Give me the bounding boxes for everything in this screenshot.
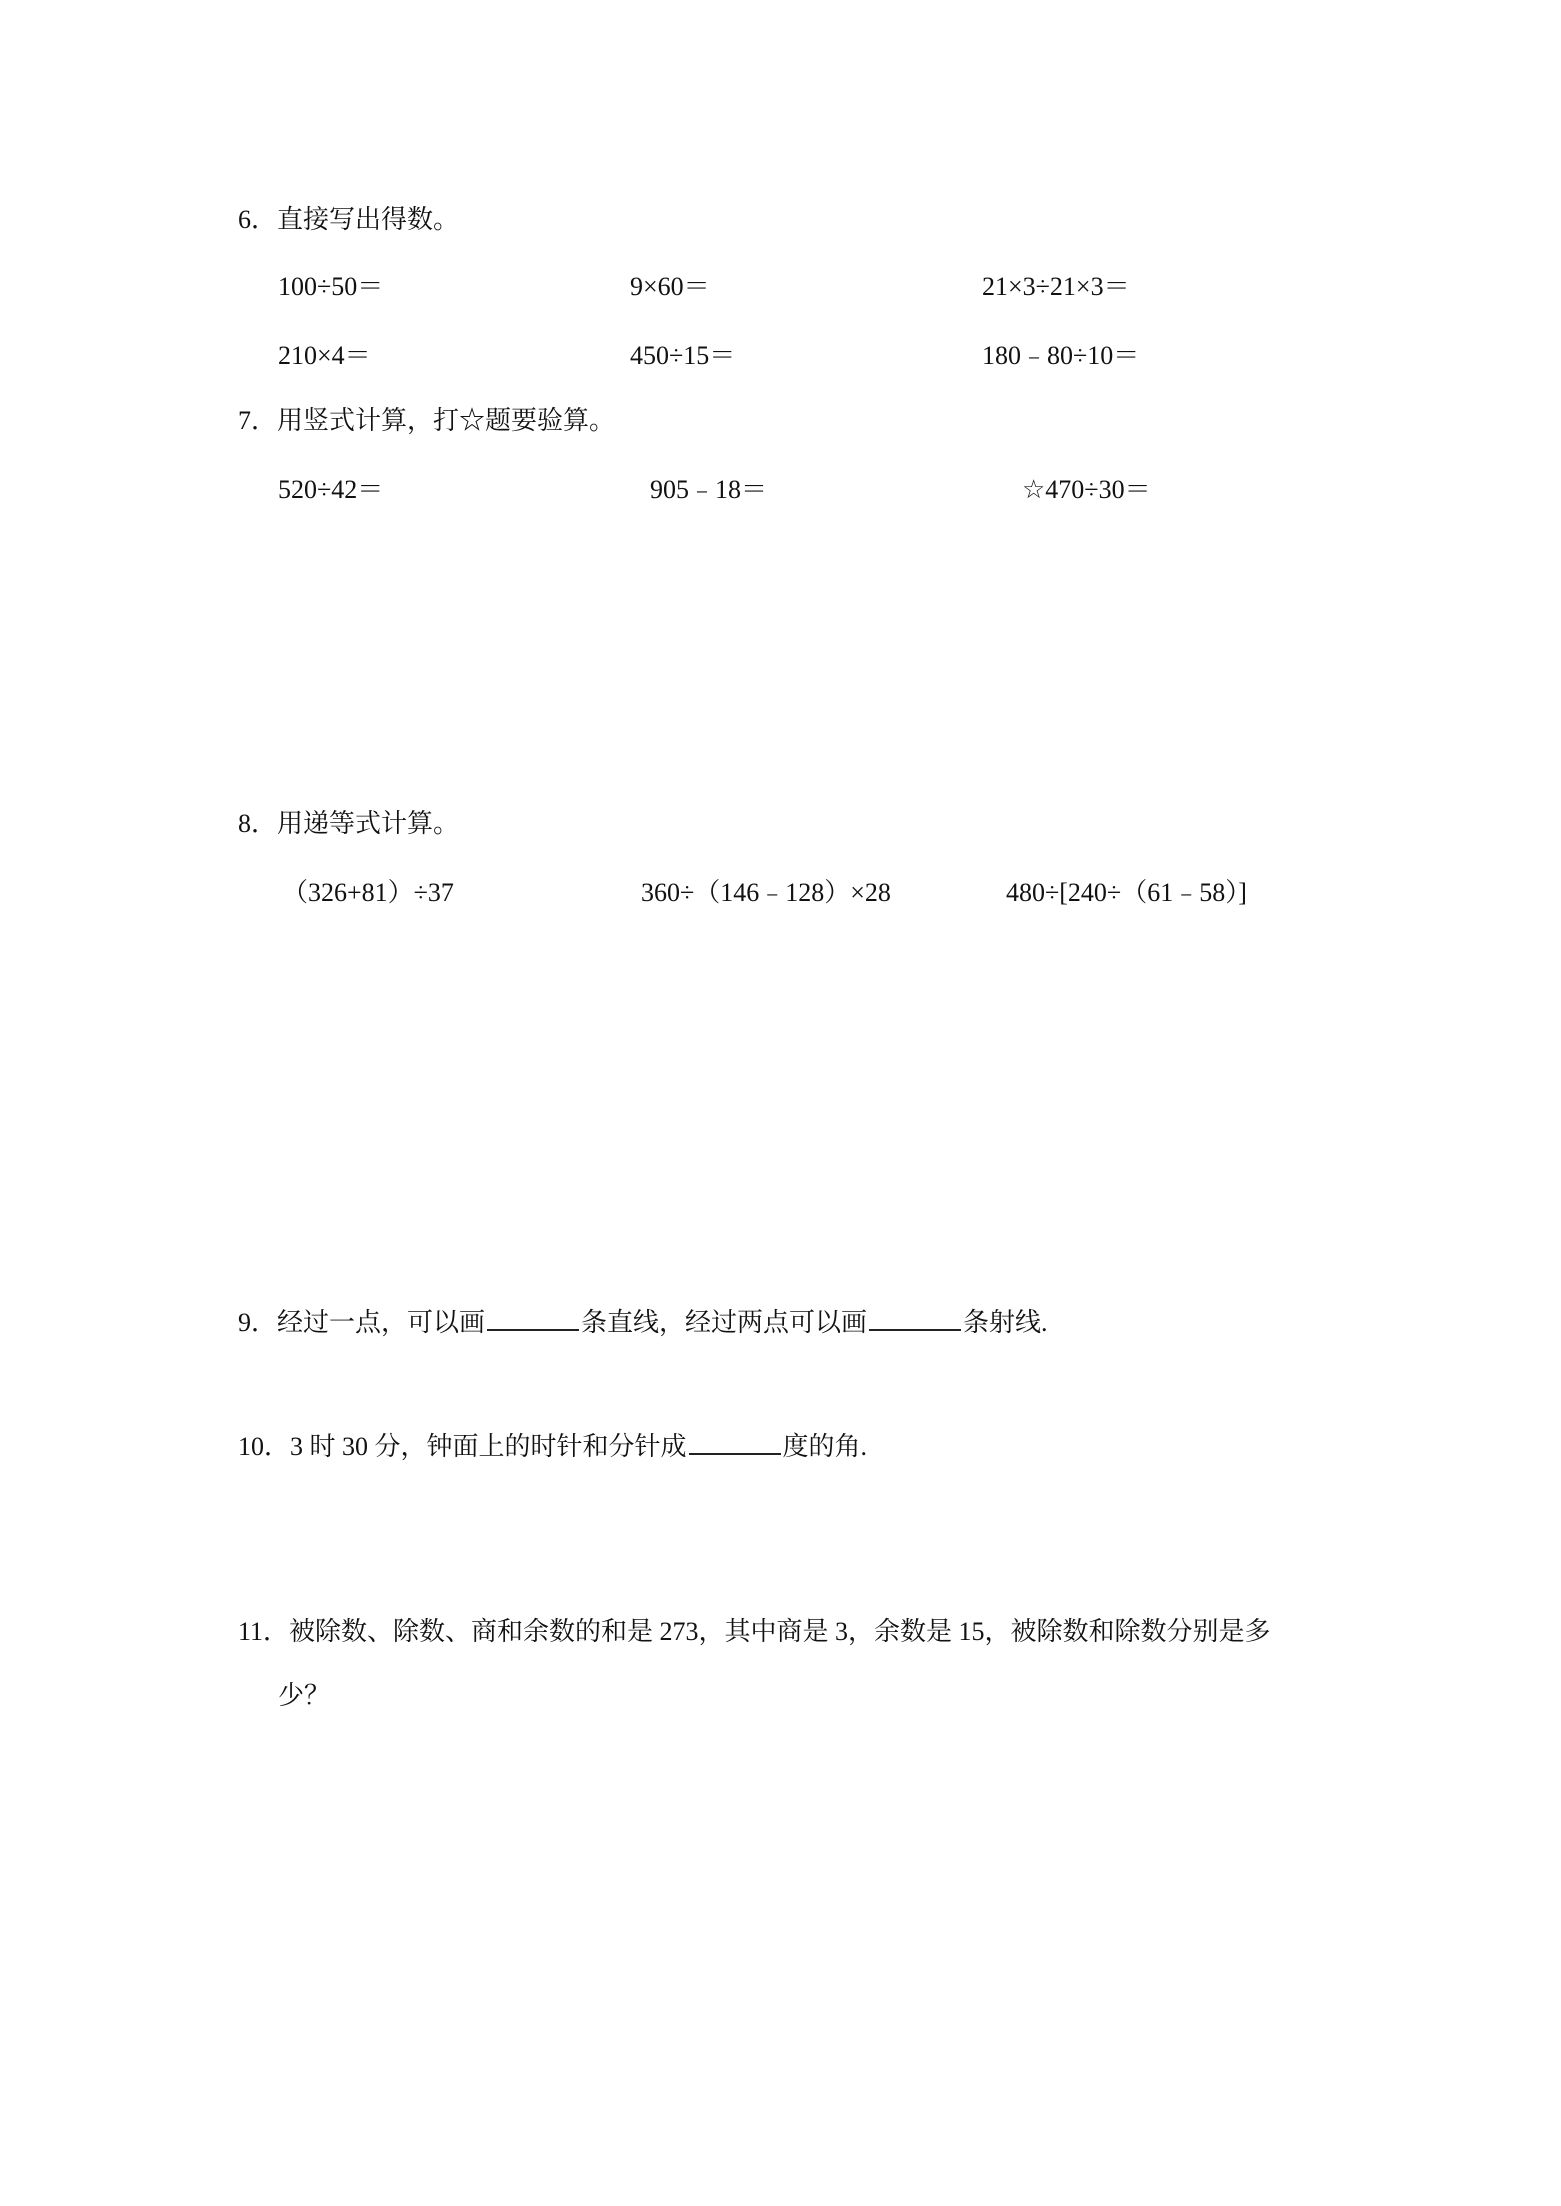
q6-item-5: 450÷15＝ bbox=[630, 340, 735, 372]
q6-heading: 6．直接写出得数。 bbox=[238, 204, 459, 236]
q9-text-1: 经过一点，可以画 bbox=[277, 1308, 485, 1337]
q6-item-2: 9×60＝ bbox=[630, 271, 710, 303]
q9-text-2: 条直线，经过两点可以画 bbox=[581, 1308, 867, 1337]
q9-text-3: 条射线. bbox=[963, 1308, 1048, 1337]
q11-number: 11． bbox=[238, 1617, 289, 1646]
q10-blank[interactable] bbox=[689, 1431, 781, 1455]
q6-title: 直接写出得数。 bbox=[277, 205, 459, 234]
q8-title: 用递等式计算。 bbox=[277, 809, 459, 838]
q6-item-3: 21×3÷21×3＝ bbox=[982, 271, 1130, 303]
q7-item-3: ☆470÷30＝ bbox=[1022, 474, 1151, 506]
q8-item-3: 480÷[240÷（61﹣58）] bbox=[1006, 877, 1247, 909]
q7-item-1: 520÷42＝ bbox=[278, 474, 383, 506]
q6-number: 6． bbox=[238, 205, 277, 234]
q7-number: 7． bbox=[238, 406, 277, 435]
q10-question: 10．3 时 30 分，钟面上的时针和分针成度的角. bbox=[238, 1431, 867, 1463]
q10-text-2: 度的角. bbox=[783, 1432, 868, 1461]
q8-item-2: 360÷（146﹣128）×28 bbox=[641, 877, 891, 909]
q6-item-6: 180﹣80÷10＝ bbox=[982, 340, 1139, 372]
q6-item-1: 100÷50＝ bbox=[278, 271, 383, 303]
q6-item-4: 210×4＝ bbox=[278, 340, 371, 372]
q8-heading: 8．用递等式计算。 bbox=[238, 808, 459, 840]
q8-item-1: （326+81）÷37 bbox=[282, 877, 454, 909]
q11-line-2: 少？ bbox=[278, 1680, 330, 1712]
q9-blank-1[interactable] bbox=[487, 1307, 579, 1331]
q10-text-1: 3 时 30 分，钟面上的时针和分针成 bbox=[290, 1432, 687, 1461]
q7-heading: 7．用竖式计算，打☆题要验算。 bbox=[238, 405, 615, 437]
q7-item-2: 905﹣18＝ bbox=[650, 474, 767, 506]
q11-line-1: 被除数、除数、商和余数的和是 273，其中商是 3，余数是 15，被除数和除数分… bbox=[289, 1617, 1271, 1646]
q7-title: 用竖式计算，打☆题要验算。 bbox=[277, 406, 615, 435]
q9-blank-2[interactable] bbox=[869, 1307, 961, 1331]
q8-number: 8． bbox=[238, 809, 277, 838]
q9-number: 9． bbox=[238, 1308, 277, 1337]
q10-number: 10． bbox=[238, 1432, 290, 1461]
q9-question: 9．经过一点，可以画条直线，经过两点可以画条射线. bbox=[238, 1307, 1048, 1339]
q11-question: 11．被除数、除数、商和余数的和是 273，其中商是 3，余数是 15，被除数和… bbox=[238, 1616, 1271, 1648]
